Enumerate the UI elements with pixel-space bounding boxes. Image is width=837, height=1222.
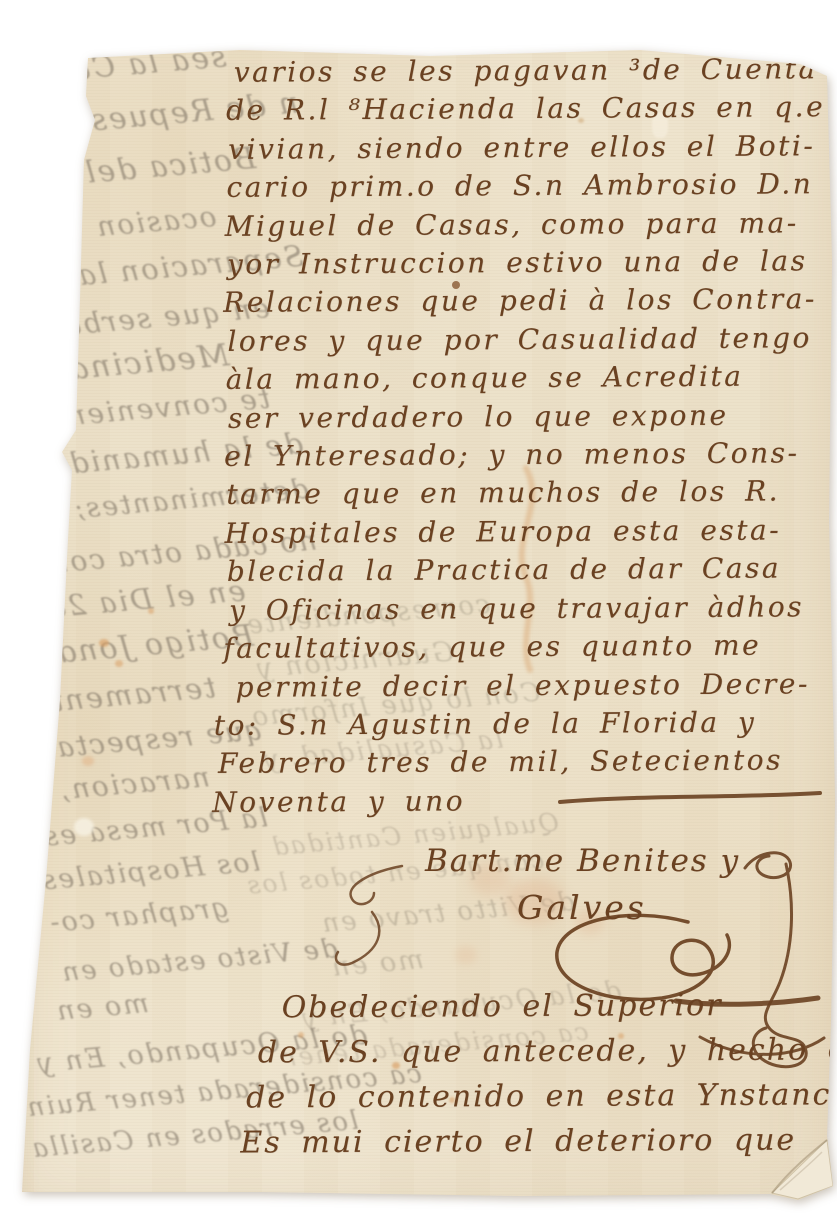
manuscript-line: permite decir el expuesto Decre- [235, 665, 829, 707]
manuscript-line: el Ynteresado; y no menos Cons- [224, 434, 828, 476]
scanned-manuscript-page: sea la Can de RepuestoBotica del Bocasio… [0, 0, 837, 1222]
foxing-speck [82, 756, 94, 766]
closing-line: Es mui cierto el deterioro que [240, 1117, 818, 1165]
signature-surname: Galves [517, 888, 647, 927]
manuscript-line: varios se les pagavan ³de Cuenta [234, 50, 826, 92]
manuscript-line: cario prim.o de S.n Ambrosio D.n [226, 165, 826, 207]
signature-name: Bart.me Benites y [425, 843, 740, 879]
manuscript-line: y Oficinas en que travajar àdhos [229, 588, 829, 630]
manuscript-line: lores y que por Casualidad tengo [227, 319, 827, 361]
closing-line: de lo contenido en esta Ynstancia⁸; [246, 1072, 818, 1120]
manuscript-line: de R.l ⁸Hacienda las Casas en q.e [226, 89, 826, 131]
closing-paragraph: Obedeciendo el Superior Decretode V.S. q… [238, 982, 819, 1165]
manuscript-line: Hospitales de Europa esta esta- [224, 511, 828, 553]
manuscript-body: varios se les pagavan ³de Cuentade R.l ⁸… [226, 50, 831, 822]
foxing-speck [74, 818, 94, 836]
foxing-speck [115, 660, 123, 667]
closing-line: de V.S. que antecede, y hecho cargo [258, 1027, 818, 1075]
foxing-speck [455, 946, 477, 964]
manuscript-paper: sea la Can de RepuestoBotica del Bocasio… [0, 0, 837, 1222]
foxing-speck [148, 608, 154, 614]
manuscript-line: ser verdadero lo que expone [228, 396, 828, 438]
paper-shadow-wrap: sea la Can de RepuestoBotica del Bocasio… [0, 0, 837, 1222]
manuscript-line: vivian, siendo entre ellos el Boti- [228, 127, 826, 169]
closing-line: Obedeciendo el Superior Decreto [282, 982, 818, 1030]
manuscript-line: Febrero tres de mil, Setecientos [218, 741, 830, 783]
foxing-speck [99, 639, 109, 647]
manuscript-line: to: S.n Agustin de la Florida y [214, 703, 830, 745]
manuscript-line: Noventa y uno [212, 780, 830, 822]
manuscript-line: àla mano, conque se Acredita [226, 357, 828, 399]
manuscript-line: facultativos, que es quanto me [223, 626, 829, 668]
foxing-speck [37, 115, 59, 135]
manuscript-line: tarme que en muchos de los R. [226, 473, 828, 515]
manuscript-line: blecida la Practica de dar Casa [227, 549, 829, 591]
manuscript-line: Relaciones que pedi à los Contra- [223, 281, 827, 323]
manuscript-line: Miguel de Casas, como para ma- [225, 204, 827, 246]
manuscript-line: yor Instruccion estivo una de las [227, 242, 827, 284]
